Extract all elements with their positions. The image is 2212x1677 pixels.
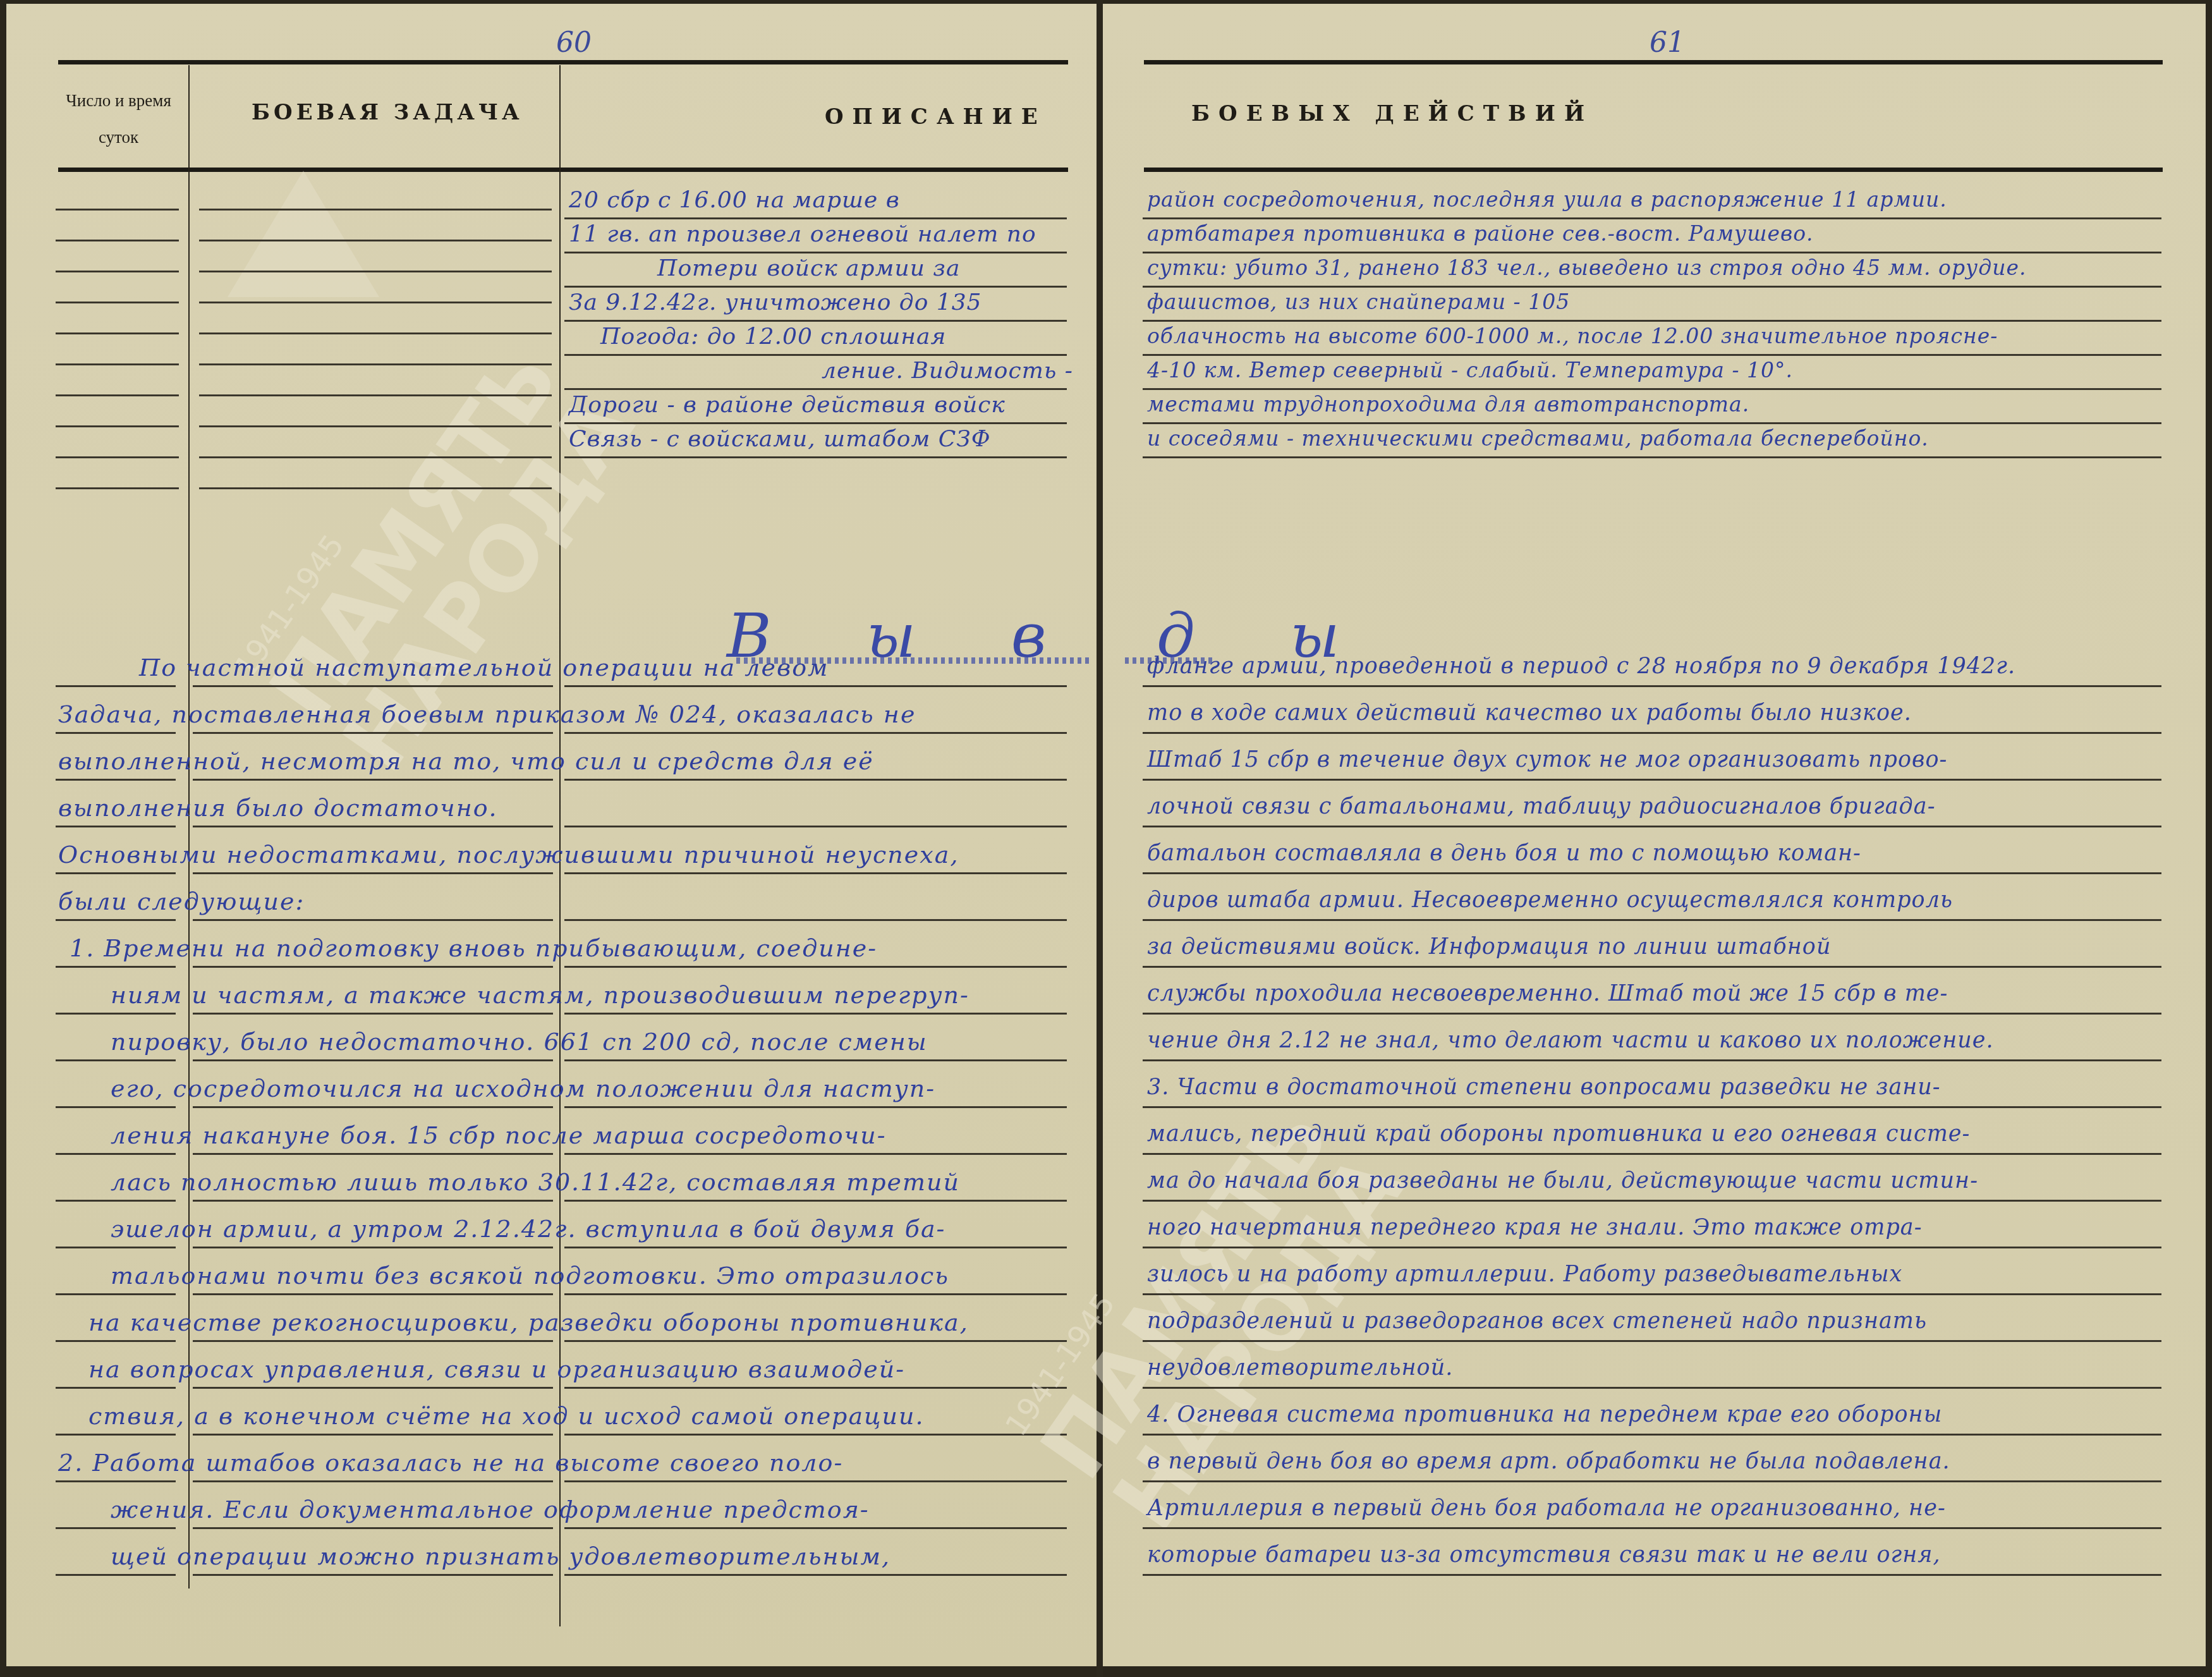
- conclusion-left-line: Основными недостатками, послужившими при…: [58, 841, 959, 869]
- desc-rule: [564, 217, 1067, 219]
- watermark-star-icon: [228, 171, 379, 297]
- top-left-line: Дороги - в районе действия войск: [569, 392, 1006, 418]
- date-rule: [56, 394, 179, 396]
- desc-rule-right: [1143, 286, 2161, 288]
- conclusion-left-line: ниям и частям, а также частям, производи…: [111, 981, 969, 1009]
- conclusion-right-line: 3. Части в достаточной степени вопросами…: [1147, 1075, 1941, 1100]
- concl-rule-right: [1143, 919, 2161, 921]
- desc-rule: [564, 456, 1067, 458]
- concl-rule-task: [193, 1013, 553, 1015]
- date-rule: [56, 363, 179, 365]
- top-right-line: 4-10 км. Ветер северный - слабый. Темпер…: [1147, 358, 1793, 382]
- description-header: ОПИСАНИЕ: [825, 104, 1047, 130]
- concl-rule-desc: [564, 685, 1067, 687]
- conclusion-left-line: По частной наступательной операции на ле…: [139, 654, 829, 681]
- conclusion-right-line: 4. Огневая система противника на передне…: [1147, 1402, 1942, 1427]
- task-rule: [199, 240, 552, 241]
- concl-rule-date: [56, 1200, 176, 1202]
- concl-rule-task: [193, 1340, 553, 1342]
- desc-rule: [564, 252, 1067, 253]
- desc-rule: [564, 320, 1067, 322]
- concl-rule-date: [56, 1106, 176, 1108]
- concl-rule-desc: [564, 1480, 1067, 1482]
- top-left-line: За 9.12.42г. уничтожено до 135: [569, 290, 982, 315]
- concl-rule-task: [193, 826, 553, 827]
- concl-rule-task: [193, 732, 553, 734]
- concl-rule-right: [1143, 1574, 2161, 1576]
- concl-rule-desc: [564, 966, 1067, 968]
- conclusion-right-line: мались, передний край обороны противника…: [1147, 1121, 1970, 1147]
- date-rule: [56, 425, 179, 427]
- conclusion-right-line: Штаб 15 сбр в течение двух суток не мог …: [1147, 747, 1947, 772]
- concl-rule-right: [1143, 1340, 2161, 1342]
- concl-rule-date: [56, 779, 176, 781]
- concl-rule-task: [193, 919, 553, 921]
- conclusion-left-line: выполнения было достаточно.: [58, 794, 498, 822]
- concl-rule-date: [56, 966, 176, 968]
- date-rule: [56, 271, 179, 272]
- task-rule: [199, 302, 552, 303]
- conclusion-left-line: тальонами почти без всякой подготовки. Э…: [111, 1262, 949, 1290]
- concl-rule-desc: [564, 1106, 1067, 1108]
- task-rule: [199, 209, 552, 210]
- desc-rule-right: [1143, 217, 2161, 219]
- conclusion-right-line: ма до начала боя разведаны не были, дейс…: [1147, 1168, 1978, 1193]
- concl-rule-right: [1143, 1293, 2161, 1295]
- top-left-line: Погода: до 12.00 сплошная: [600, 324, 946, 350]
- concl-rule-desc: [564, 872, 1067, 874]
- concl-rule-desc: [564, 1527, 1067, 1529]
- concl-rule-desc: [564, 1247, 1067, 1248]
- concl-rule-date: [56, 1574, 176, 1576]
- conclusion-left-line: 1. Времени на подготовку вновь прибывающ…: [70, 934, 877, 962]
- concl-rule-date: [56, 685, 176, 687]
- concl-rule-right: [1143, 826, 2161, 827]
- concl-rule-date: [56, 919, 176, 921]
- desc-rule-right: [1143, 422, 2161, 424]
- conclusion-right-line: Артиллерия в первый день боя работала не…: [1147, 1496, 1946, 1521]
- concl-rule-desc: [564, 1574, 1067, 1576]
- concl-rule-desc: [564, 779, 1067, 781]
- concl-rule-task: [193, 1153, 553, 1155]
- concl-rule-task: [193, 872, 553, 874]
- conclusion-left-line: его, сосредоточился на исходном положени…: [111, 1075, 935, 1102]
- top-left-line: Потери войск армии за: [657, 255, 960, 281]
- concl-rule-right: [1143, 1200, 2161, 1202]
- concl-rule-right: [1143, 1527, 2161, 1529]
- top-right-line: и соседями - техническими средствами, ра…: [1147, 426, 1929, 451]
- conclusion-left-line: 2. Работа штабов оказалась не на высоте …: [58, 1449, 843, 1477]
- desc-rule-right: [1143, 388, 2161, 390]
- desc-rule-right: [1143, 320, 2161, 322]
- top-right-line: местами труднопроходима для автотранспор…: [1147, 392, 1749, 417]
- concl-rule-task: [193, 966, 553, 968]
- concl-rule-right: [1143, 1480, 2161, 1482]
- concl-rule-task: [193, 1293, 553, 1295]
- conclusion-right-line: в первый день боя во время арт. обработк…: [1147, 1449, 1950, 1474]
- desc-rule: [564, 286, 1067, 288]
- concl-rule-desc: [564, 919, 1067, 921]
- description-header-continued: БОЕВЫХ ДЕЙСТВИЙ: [1191, 101, 1593, 126]
- concl-rule-task: [193, 1387, 553, 1389]
- date-rule: [56, 209, 179, 210]
- concl-rule-task: [193, 1106, 553, 1108]
- task-rule: [199, 394, 552, 396]
- top-left-line: 20 сбр с 16.00 на марше в: [569, 187, 900, 213]
- left-page-number: 60: [556, 27, 592, 59]
- concl-rule-desc: [564, 1340, 1067, 1342]
- concl-rule-task: [193, 1574, 553, 1576]
- concl-rule-task: [193, 685, 553, 687]
- desc-rule: [564, 422, 1067, 424]
- concl-rule-date: [56, 1013, 176, 1015]
- concl-rule-date: [56, 1527, 176, 1529]
- desc-rule-right: [1143, 456, 2161, 458]
- conclusion-left-line: ствия, а в конечном счёте на ход и исход…: [88, 1402, 925, 1430]
- top-left-line: ление. Видимость -: [822, 358, 1073, 384]
- conclusion-left-line: эшелон армии, а утром 2.12.42г. вступила…: [111, 1215, 945, 1243]
- conclusion-right-line: то в ходе самих действий качество их раб…: [1147, 700, 1912, 726]
- task-rule: [199, 487, 552, 489]
- task-rule: [199, 425, 552, 427]
- conclusion-right-line: фланге армии, проведенной в период с 28 …: [1147, 654, 2015, 679]
- conclusion-right-line: которые батареи из-за отсутствия связи т…: [1147, 1542, 1941, 1568]
- concl-rule-task: [193, 1527, 553, 1529]
- conclusion-right-line: диров штаба армии. Несвоевременно осущес…: [1147, 887, 1953, 913]
- conclusion-right-line: неудовлетворительной.: [1147, 1355, 1453, 1381]
- conclusion-right-line: за действиями войск. Информация по линии…: [1147, 934, 1831, 960]
- desc-rule-right: [1143, 354, 2161, 356]
- conclusion-left-line: щей операции можно признать удовлетворит…: [111, 1542, 890, 1570]
- conclusion-left-line: жения. Если документальное оформление пр…: [111, 1496, 870, 1523]
- concl-rule-desc: [564, 1387, 1067, 1389]
- desc-rule: [564, 388, 1067, 390]
- header-top-rule: [58, 60, 1068, 64]
- concl-rule-right: [1143, 779, 2161, 781]
- concl-rule-date: [56, 1434, 176, 1436]
- concl-rule-right: [1143, 1106, 2161, 1108]
- date-rule: [56, 332, 179, 334]
- conclusion-right-line: ного начертания переднего края не знали.…: [1147, 1215, 1923, 1240]
- concl-rule-date: [56, 1340, 176, 1342]
- conclusion-left-line: пировку, было недостаточно. 661 сп 200 с…: [111, 1028, 928, 1056]
- date-rule: [56, 240, 179, 241]
- concl-rule-desc: [564, 732, 1067, 734]
- conclusion-right-line: чение дня 2.12 не знал, что делают части…: [1147, 1028, 1994, 1053]
- book-spine: [1097, 0, 1103, 1677]
- concl-rule-right: [1143, 966, 2161, 968]
- concl-rule-desc: [564, 1013, 1067, 1015]
- desc-rule: [564, 354, 1067, 356]
- concl-rule-date: [56, 732, 176, 734]
- concl-rule-task: [193, 1434, 553, 1436]
- task-rule: [199, 456, 552, 458]
- top-right-line: фашистов, из них снайперами - 105: [1147, 290, 1570, 314]
- concl-rule-right: [1143, 1434, 2161, 1436]
- conclusion-left-line: Задача, поставленная боевым приказом № 0…: [58, 700, 916, 728]
- concl-rule-desc: [564, 1153, 1067, 1155]
- header-bottom-rule: [58, 168, 1068, 172]
- conclusion-left-line: были следующие:: [58, 887, 305, 915]
- concl-rule-task: [193, 779, 553, 781]
- top-right-line: сутки: убито 31, ранено 183 чел., выведе…: [1147, 255, 2026, 280]
- conclusion-right-line: зилось и на работу артиллерии. Работу ра…: [1147, 1262, 1902, 1287]
- concl-rule-task: [193, 1200, 553, 1202]
- right-header-bottom-rule: [1144, 168, 2163, 172]
- concl-rule-right: [1143, 1013, 2161, 1015]
- task-col-header: БОЕВАЯ ЗАДАЧА: [252, 100, 523, 125]
- concl-rule-task: [193, 1247, 553, 1248]
- desc-rule-right: [1143, 252, 2161, 253]
- conclusion-left-line: на вопросах управления, связи и организа…: [88, 1355, 905, 1383]
- concl-rule-date: [56, 1153, 176, 1155]
- date-rule: [56, 456, 179, 458]
- concl-rule-right: [1143, 732, 2161, 734]
- concl-rule-date: [56, 826, 176, 827]
- concl-rule-date: [56, 1059, 176, 1061]
- date-rule: [56, 487, 179, 489]
- concl-rule-desc: [564, 1434, 1067, 1436]
- right-header-top-rule: [1144, 60, 2163, 64]
- concl-rule-date: [56, 872, 176, 874]
- concl-rule-desc: [564, 1059, 1067, 1061]
- conclusion-left-line: выполненной, несмотря на то, что сил и с…: [58, 747, 874, 775]
- conclusion-right-line: службы проходила несвоевременно. Штаб то…: [1147, 981, 1948, 1006]
- concl-rule-right: [1143, 1247, 2161, 1248]
- date-col-header: Число и время суток: [54, 82, 183, 156]
- concl-rule-right: [1143, 1153, 2161, 1155]
- concl-rule-date: [56, 1293, 176, 1295]
- top-right-line: артбатарея противника в районе сев.-вост…: [1147, 221, 1814, 246]
- concl-rule-desc: [564, 1200, 1067, 1202]
- task-rule: [199, 363, 552, 365]
- right-page-number: 61: [1650, 27, 1685, 59]
- concl-rule-right: [1143, 685, 2161, 687]
- concl-rule-desc: [564, 826, 1067, 827]
- conclusion-right-line: лочной связи с батальонами, таблицу ради…: [1147, 794, 1936, 819]
- concl-rule-date: [56, 1387, 176, 1389]
- conclusion-right-line: батальон составляла в день боя и то с по…: [1147, 841, 1861, 866]
- conclusion-left-line: лась полностью лишь только 30.11.42г, со…: [111, 1168, 960, 1196]
- conclusion-right-line: подразделений и разведорганов всех степе…: [1147, 1308, 1927, 1334]
- date-rule: [56, 302, 179, 303]
- top-left-line: Связь - с войсками, штабом СЗФ: [569, 426, 991, 452]
- concl-rule-right: [1143, 1387, 2161, 1389]
- task-rule: [199, 271, 552, 272]
- top-right-line: район сосредоточения, последняя ушла в р…: [1147, 187, 1947, 212]
- concl-rule-date: [56, 1247, 176, 1248]
- conclusion-left-line: ления накануне боя. 15 сбр после марша с…: [111, 1121, 887, 1149]
- task-rule: [199, 332, 552, 334]
- top-right-line: облачность на высоте 600-1000 м., после …: [1147, 324, 1998, 348]
- concl-rule-task: [193, 1480, 553, 1482]
- conclusion-left-line: на качестве рекогносцировки, разведки об…: [88, 1308, 969, 1336]
- concl-rule-task: [193, 1059, 553, 1061]
- top-left-line: 11 гв. ап произвел огневой налет по: [569, 221, 1036, 247]
- concl-rule-right: [1143, 872, 2161, 874]
- concl-rule-date: [56, 1480, 176, 1482]
- concl-rule-desc: [564, 1293, 1067, 1295]
- concl-rule-right: [1143, 1059, 2161, 1061]
